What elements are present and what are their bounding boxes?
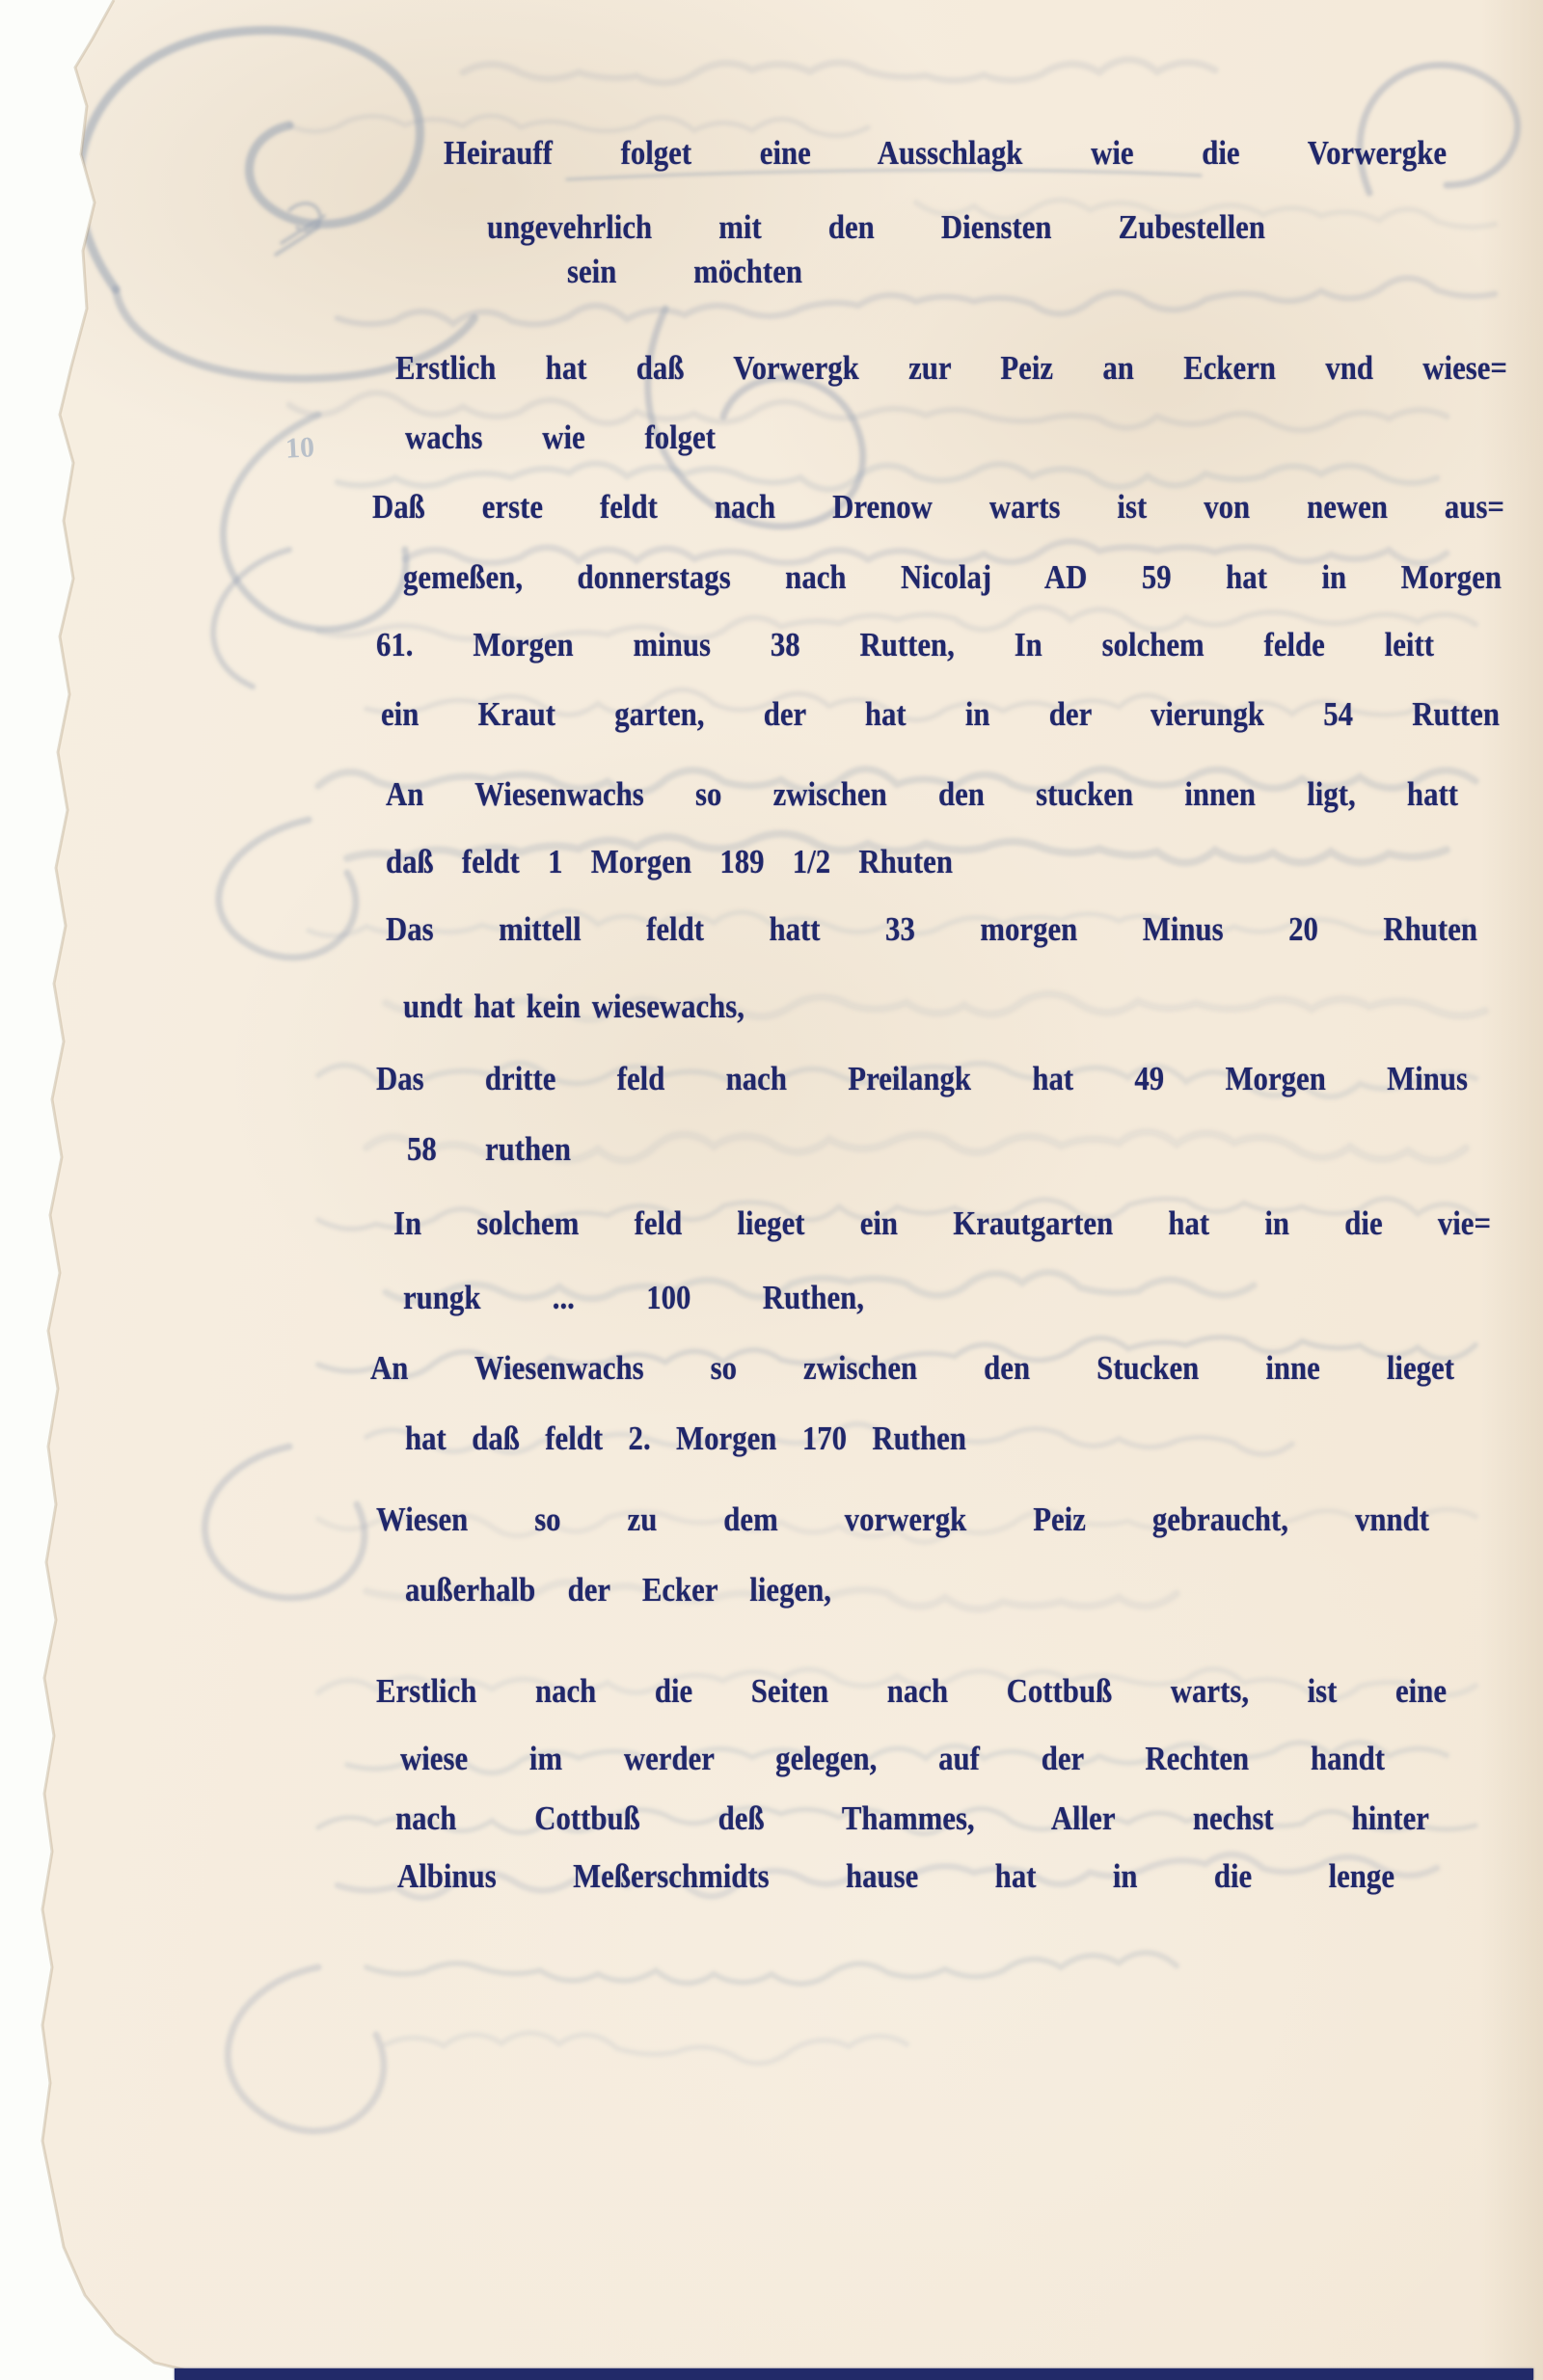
text-line: gemeßen, donnerstags nach Nicolaj AD 59 … — [403, 556, 1502, 598]
text-line: Heirauff folget eine Ausschlagk wie die … — [444, 132, 1447, 174]
scan-bottom-edge — [175, 2368, 1533, 2380]
text-line: An Wiesenwachs so zwischen den stucken i… — [386, 773, 1458, 815]
text-line: In solchem feld lieget ein Krautgarten h… — [393, 1203, 1491, 1244]
text-line: An Wiesenwachs so zwischen den Stucken i… — [370, 1347, 1454, 1389]
manuscript-page: 10 Heirauff folget eine Ausschlagk wie d… — [0, 0, 1543, 2380]
text-line: Das mittell feldt hatt 33 morgen Minus 2… — [386, 908, 1477, 950]
text-line: außerhalb der Ecker liegen, — [405, 1569, 831, 1610]
text-line: rungk ... 100 Ruthen, — [403, 1277, 864, 1318]
text-line: 61. Morgen minus 38 Rutten, In solchem f… — [376, 624, 1434, 665]
text-line: daß feldt 1 Morgen 189 1/2 Rhuten — [386, 841, 953, 882]
text-line: 58 ruthen — [407, 1128, 571, 1170]
text-line: Das dritte feld nach Preilangk hat 49 Mo… — [376, 1058, 1468, 1099]
text-line: wiese im werder gelegen, auf der Rechten… — [400, 1738, 1385, 1779]
text-line: undt hat kein wiesewachs, — [403, 986, 744, 1027]
text-line: Albinus Meßerschmidts hause hat in die l… — [397, 1855, 1394, 1897]
text-line: sein möchten — [567, 251, 802, 292]
text-line: Erstlich nach die Seiten nach Cottbuß wa… — [376, 1670, 1447, 1712]
text-line: ungevehrlich mit den Diensten Zubestelle… — [487, 206, 1265, 248]
text-line: hat daß feldt 2. Morgen 170 Ruthen — [405, 1418, 966, 1459]
text-line: Wiesen so zu dem vorwergk Peiz gebraucht… — [376, 1499, 1429, 1540]
text-line: wachs wie folget — [405, 417, 716, 458]
text-line: Daß erste feldt nach Drenow warts ist vo… — [372, 486, 1504, 527]
text-line: ein Kraut garten, der hat in der vierung… — [381, 693, 1500, 735]
text-line: Erstlich hat daß Vorwergk zur Peiz an Ec… — [395, 347, 1507, 389]
text-line: nach Cottbuß deß Thammes, Aller nechst h… — [395, 1798, 1429, 1839]
transcription-text: Heirauff folget eine Ausschlagk wie die … — [0, 0, 1543, 2380]
